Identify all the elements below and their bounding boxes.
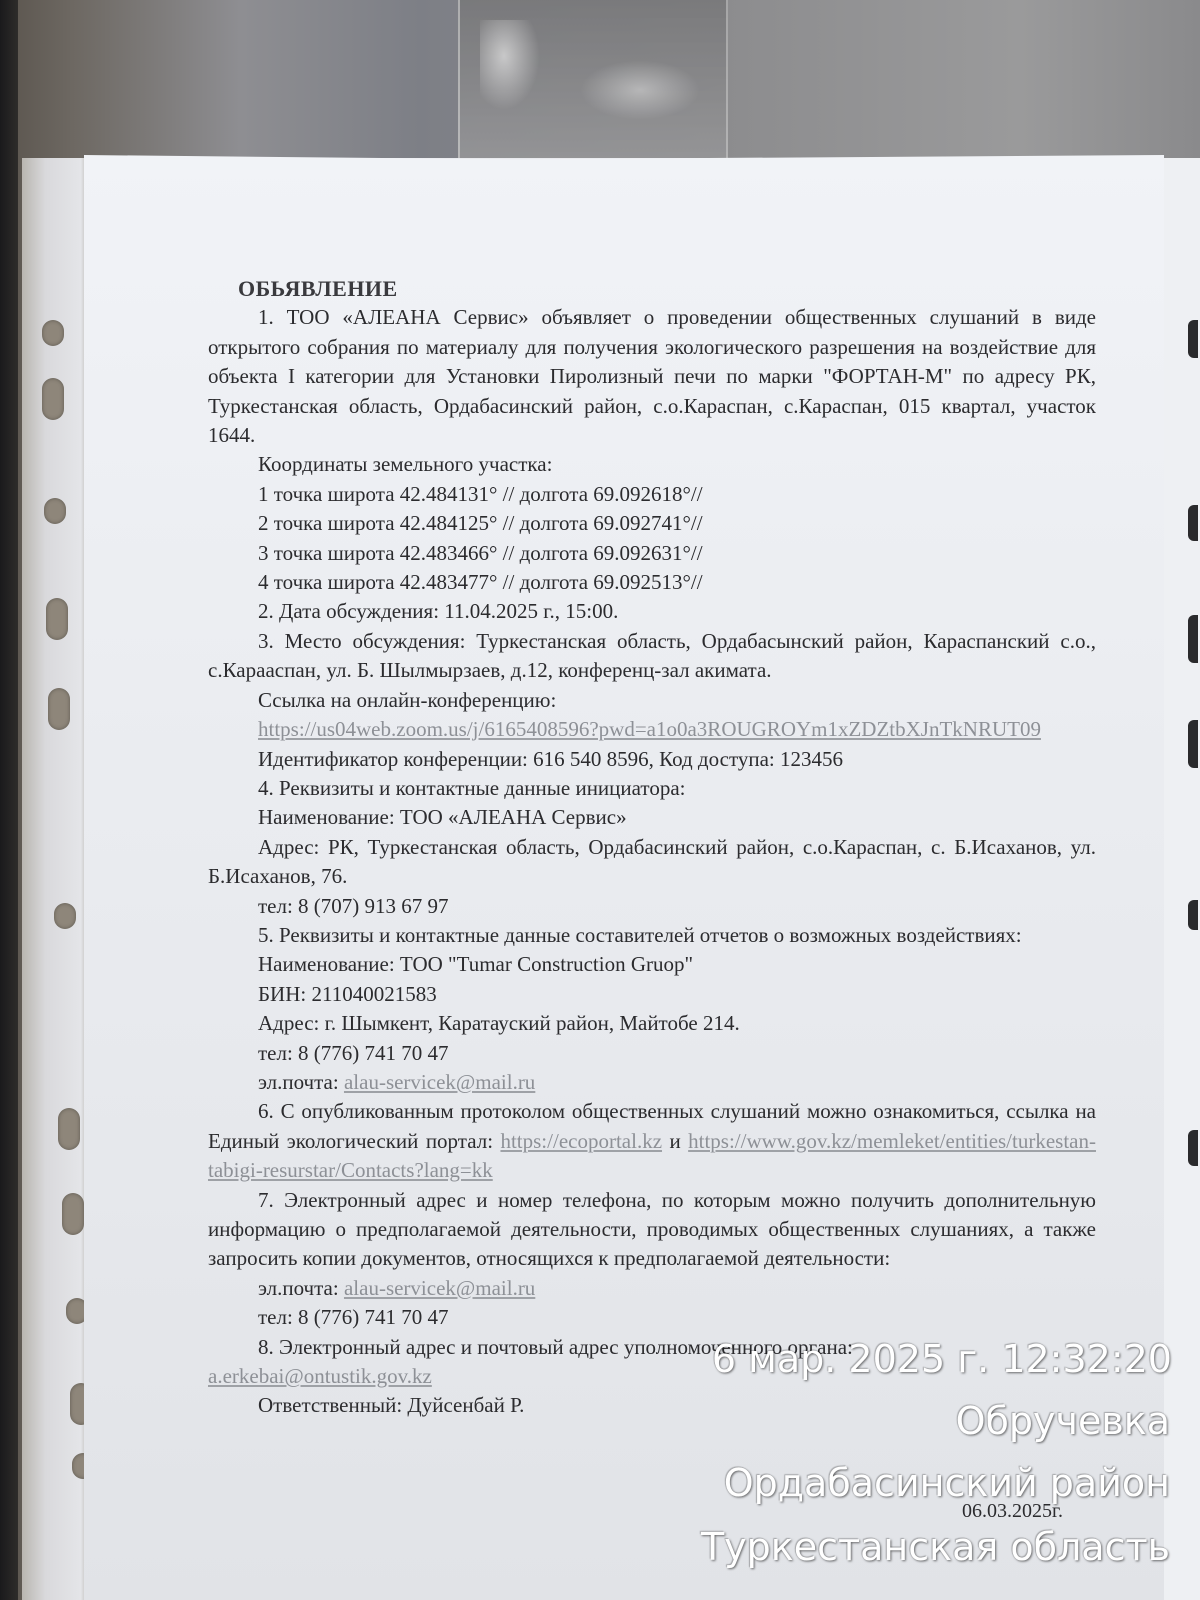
author-phone: тел: 8 (776) 741 70 47 xyxy=(208,1039,1096,1068)
punch-hole xyxy=(48,688,70,730)
document-title: ОБЬЯВЛЕНИЕ xyxy=(208,274,1096,303)
conference-id: Идентификатор конференции: 616 540 8596,… xyxy=(208,745,1096,774)
punch-hole xyxy=(42,378,64,420)
punch-hole xyxy=(42,320,64,346)
punch-hole xyxy=(54,903,76,929)
zoom-link[interactable]: https://us04web.zoom.us/j/6165408596?pwd… xyxy=(258,717,1041,741)
announcement-document: ОБЬЯВЛЕНИЕ 1. ТОО «АЛЕАНА Сервис» объявл… xyxy=(208,274,1096,1421)
photo-region: Туркестанская область xyxy=(701,1528,1170,1566)
binder-tab xyxy=(1188,505,1198,541)
email-label: эл.почта: xyxy=(258,1070,344,1094)
section-6-text: 6. С опубликованным протоколом обществен… xyxy=(208,1097,1096,1185)
section-3-place: 3. Место обсуждения: Туркестанская облас… xyxy=(208,627,1096,686)
binder-tab xyxy=(1188,615,1198,663)
initiator-phone: тел: 8 (707) 913 67 97 xyxy=(208,892,1096,921)
contact-email-line: эл.почта: alau-servicek@mail.ru xyxy=(208,1274,1096,1303)
adhesive-tape xyxy=(458,0,728,158)
initiator-name: Наименование: ТОО «АЛЕАНА Сервис» xyxy=(208,803,1096,832)
online-conference-label: Ссылка на онлайн-конференцию: xyxy=(208,686,1096,715)
photo-timestamp: 6 мар. 2025 г. 12:32:20 xyxy=(712,1340,1172,1378)
photo-district: Ордабасинский район xyxy=(724,1464,1170,1502)
section-2-date: 2. Дата обсуждения: 11.04.2025 г., 15:00… xyxy=(208,597,1096,626)
contact-phone: тел: 8 (776) 741 70 47 xyxy=(208,1303,1096,1332)
author-bin: БИН: 211040021583 xyxy=(208,980,1096,1009)
coordinate-point: 2 точка широта 42.484125° // долгота 69.… xyxy=(208,509,1096,538)
author-email-link[interactable]: alau-servicek@mail.ru xyxy=(344,1070,535,1094)
coordinate-point: 3 точка широта 42.483466° // долгота 69.… xyxy=(208,539,1096,568)
authority-email-link[interactable]: a.erkebai@ontustik.gov.kz xyxy=(208,1364,432,1388)
email-label: эл.почта: xyxy=(258,1276,344,1300)
section-7-text: 7. Электронный адрес и номер телефона, п… xyxy=(208,1186,1096,1274)
punch-hole xyxy=(46,598,68,640)
author-email-line: эл.почта: alau-servicek@mail.ru xyxy=(208,1068,1096,1097)
section-5-heading: 5. Реквизиты и контактные данные состави… xyxy=(208,921,1096,950)
binder-edge xyxy=(1186,300,1200,1600)
punch-hole xyxy=(58,1108,80,1150)
section-1-text: 1. ТОО «АЛЕАНА Сервис» объявляет о прове… xyxy=(208,303,1096,450)
author-address: Адрес: г. Шымкент, Каратауский район, Ма… xyxy=(208,1009,1096,1038)
window-frame xyxy=(0,0,18,1600)
initiator-address: Адрес: РК, Туркестанская область, Ордаба… xyxy=(208,833,1096,892)
punch-holes xyxy=(22,158,92,1600)
ecoportal-link[interactable]: https://ecoportal.kz xyxy=(500,1129,662,1153)
binder-tab xyxy=(1188,900,1198,930)
binder-tab xyxy=(1188,720,1198,768)
coordinates-heading: Координаты земельного участка: xyxy=(208,450,1096,479)
punch-hole xyxy=(44,498,66,524)
zoom-link-line: https://us04web.zoom.us/j/6165408596?pwd… xyxy=(208,715,1096,744)
section-4-heading: 4. Реквизиты и контактные данные инициат… xyxy=(208,774,1096,803)
binder-tab xyxy=(1188,1130,1198,1166)
coordinate-point: 4 точка широта 42.483477° // долгота 69.… xyxy=(208,568,1096,597)
coordinate-point: 1 точка широта 42.484131° // долгота 69.… xyxy=(208,480,1096,509)
punch-hole xyxy=(62,1193,84,1235)
author-name: Наименование: ТОО "Tumar Construction Gr… xyxy=(208,950,1096,979)
conjunction: и xyxy=(662,1129,688,1153)
contact-email-link[interactable]: alau-servicek@mail.ru xyxy=(344,1276,535,1300)
photo-locality: Обручевка xyxy=(956,1402,1170,1440)
binder-tab xyxy=(1188,320,1198,358)
